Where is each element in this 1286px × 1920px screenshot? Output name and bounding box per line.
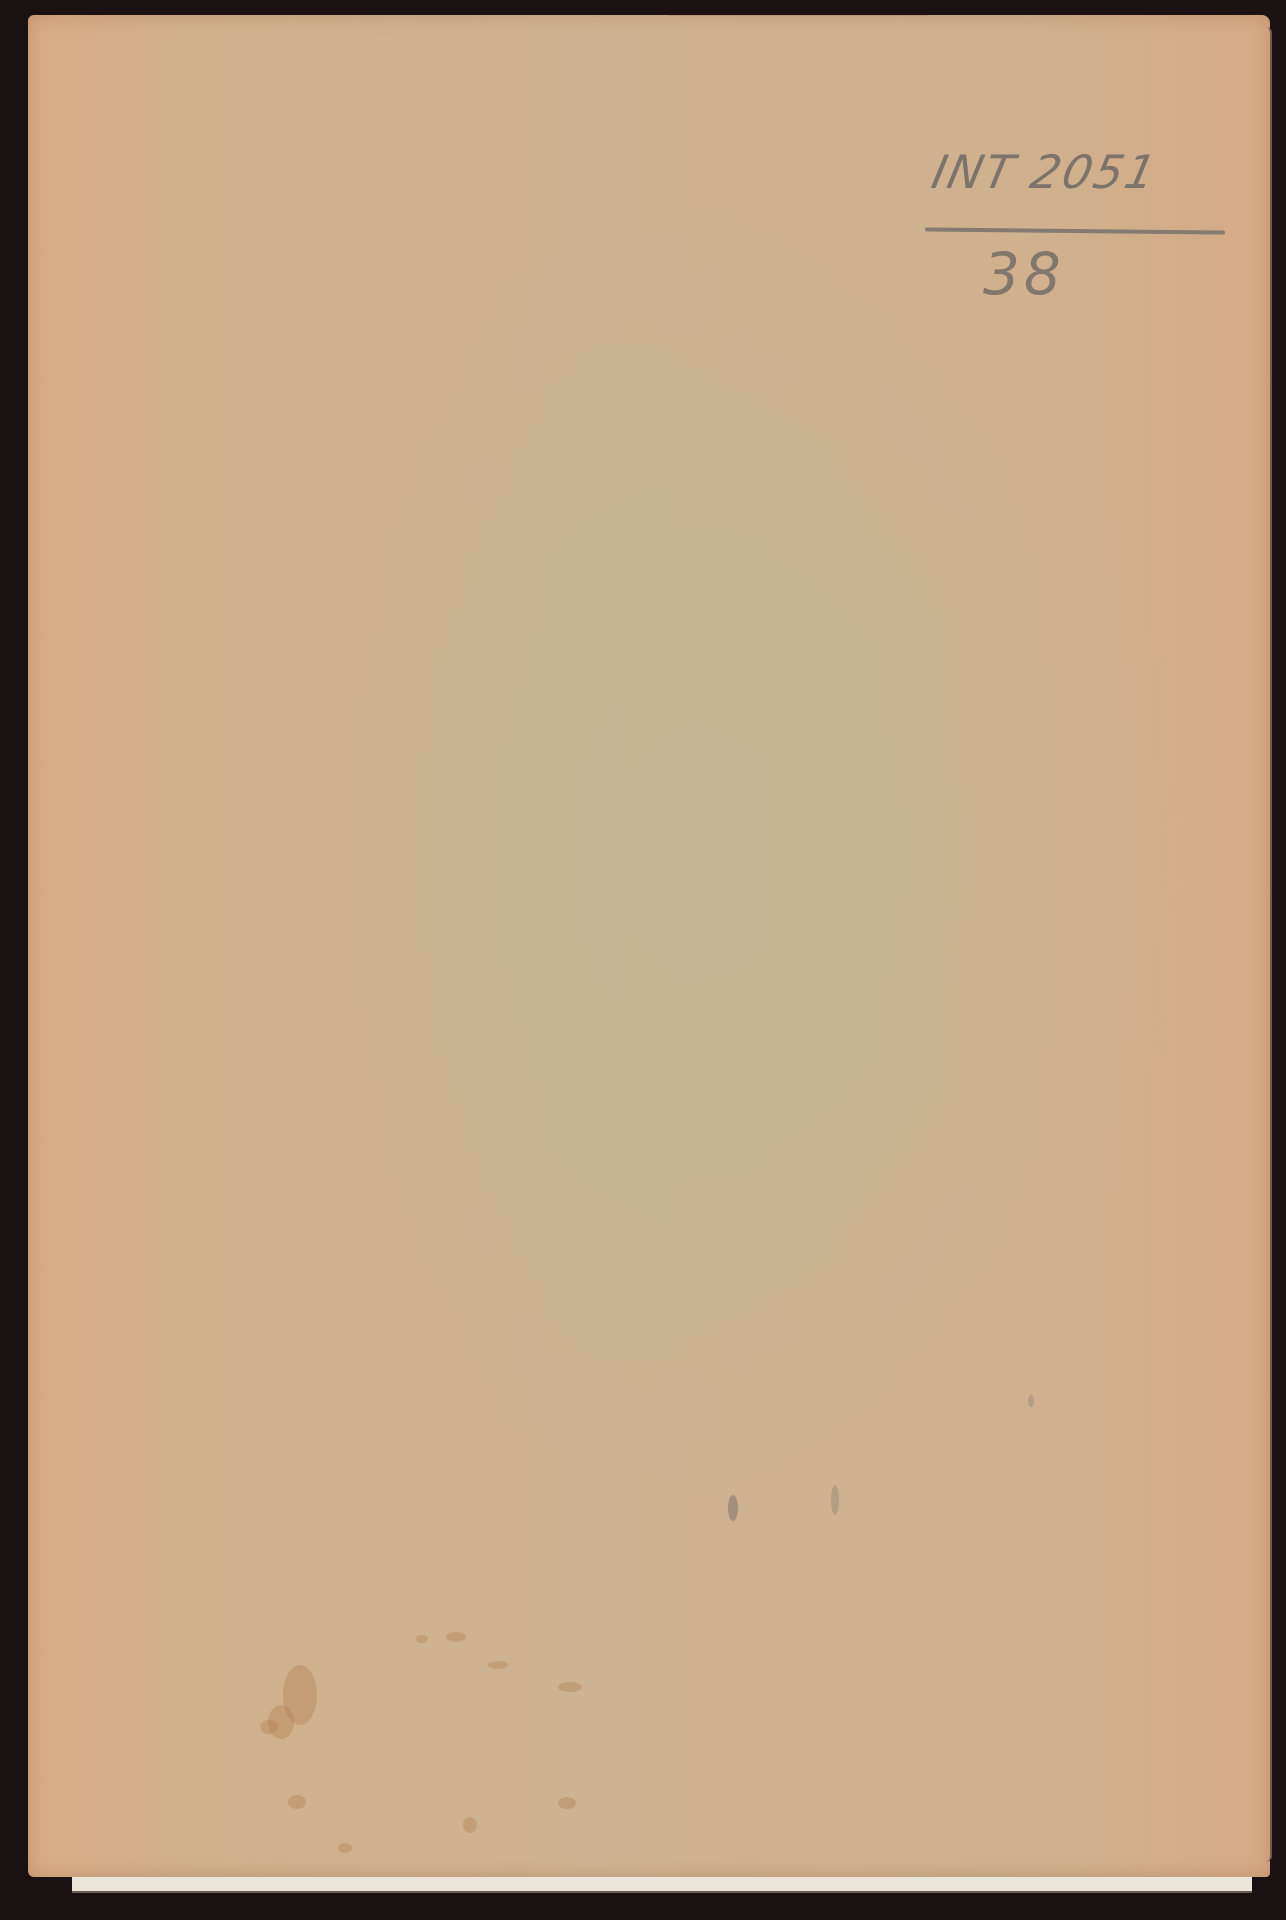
shelfmark-number: INT 2051 [927, 145, 1162, 199]
cover-top-tear [668, 15, 928, 28]
handwritten-shelfmark: INT 2051 38 [923, 140, 1243, 310]
water-stain [488, 1661, 508, 1669]
water-stain [260, 1720, 278, 1734]
document-cover: INT 2051 38 [28, 15, 1270, 1877]
water-stain [558, 1797, 576, 1809]
water-stain [338, 1843, 352, 1853]
graphite-smudge [831, 1485, 839, 1515]
shelfmark-volume: 38 [983, 240, 1065, 308]
water-stain [416, 1635, 428, 1643]
shelfmark-divider [925, 227, 1225, 234]
water-stain [558, 1682, 582, 1692]
graphite-smudge [728, 1495, 738, 1521]
cover-right-edge [1264, 27, 1272, 1862]
water-stain [463, 1817, 477, 1833]
graphite-smudge [1028, 1395, 1034, 1407]
water-stain [288, 1795, 306, 1809]
water-stain [446, 1632, 466, 1642]
